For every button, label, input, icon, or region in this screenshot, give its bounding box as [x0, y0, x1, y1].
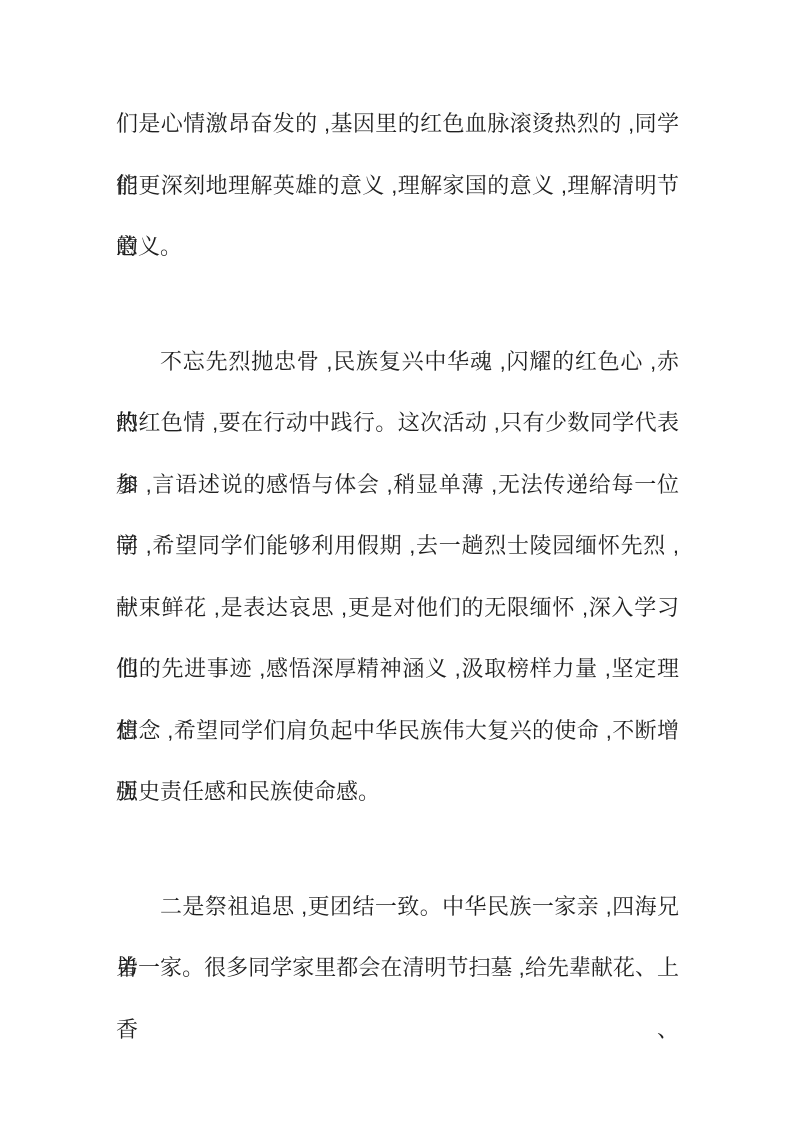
paragraph: 二是祭祖追思 ,更团结一致。中华民族一家亲 ,四海兄弟皆一家。很多同学家里都会在…: [116, 876, 679, 999]
text-line: 信念 ,希望同学们肩负起中华民族伟大复兴的使命 ,不断增强: [116, 700, 679, 762]
document-page: 们是心情激昂奋发的 ,基因里的红色血脉滚烫热烈的 ,同学们能更深刻地理解英雄的意…: [0, 0, 793, 1122]
paragraph: 不忘先烈抛忠骨 ,民族复兴中华魂 ,闪耀的红色心 ,赤热的红色情 ,要在行动中践…: [116, 331, 679, 823]
text-line: 学 ,希望同学们能够利用假期 ,去一趟烈士陵园缅怀先烈 ,献: [116, 515, 679, 577]
text-line: 们是心情激昂奋发的 ,基因里的红色血脉滚烫热烈的 ,同学们: [116, 93, 679, 155]
text-line: 意义。: [116, 216, 679, 278]
text-line: 能更深刻地理解英雄的意义 ,理解家国的意义 ,理解清明节的: [116, 155, 679, 217]
text-line: 不忘先烈抛忠骨 ,民族复兴中华魂 ,闪耀的红色心 ,赤热: [116, 331, 679, 393]
text-line: 加 ,言语述说的感悟与体会 ,稍显单薄 ,无法传递给每一位同: [116, 454, 679, 516]
text-line: 们的先进事迹 ,感悟深厚精神涵义 ,汲取榜样力量 ,坚定理想: [116, 638, 679, 700]
document-body: 们是心情激昂奋发的 ,基因里的红色血脉滚烫热烈的 ,同学们能更深刻地理解英雄的意…: [116, 93, 679, 999]
text-line: 一束鲜花 ,是表达哀思 ,更是对他们的无限缅怀 ,深入学习他: [116, 577, 679, 639]
text-line: 历史责任感和民族使命感。: [116, 761, 679, 823]
text-line: 二是祭祖追思 ,更团结一致。中华民族一家亲 ,四海兄弟: [116, 876, 679, 938]
text-line: 的红色情 ,要在行动中践行。这次活动 ,只有少数同学代表参: [116, 392, 679, 454]
text-line: 皆一家。很多同学家里都会在清明节扫墓 ,给先辈献花、上香、: [116, 937, 679, 999]
paragraph: 们是心情激昂奋发的 ,基因里的红色血脉滚烫热烈的 ,同学们能更深刻地理解英雄的意…: [116, 93, 679, 278]
